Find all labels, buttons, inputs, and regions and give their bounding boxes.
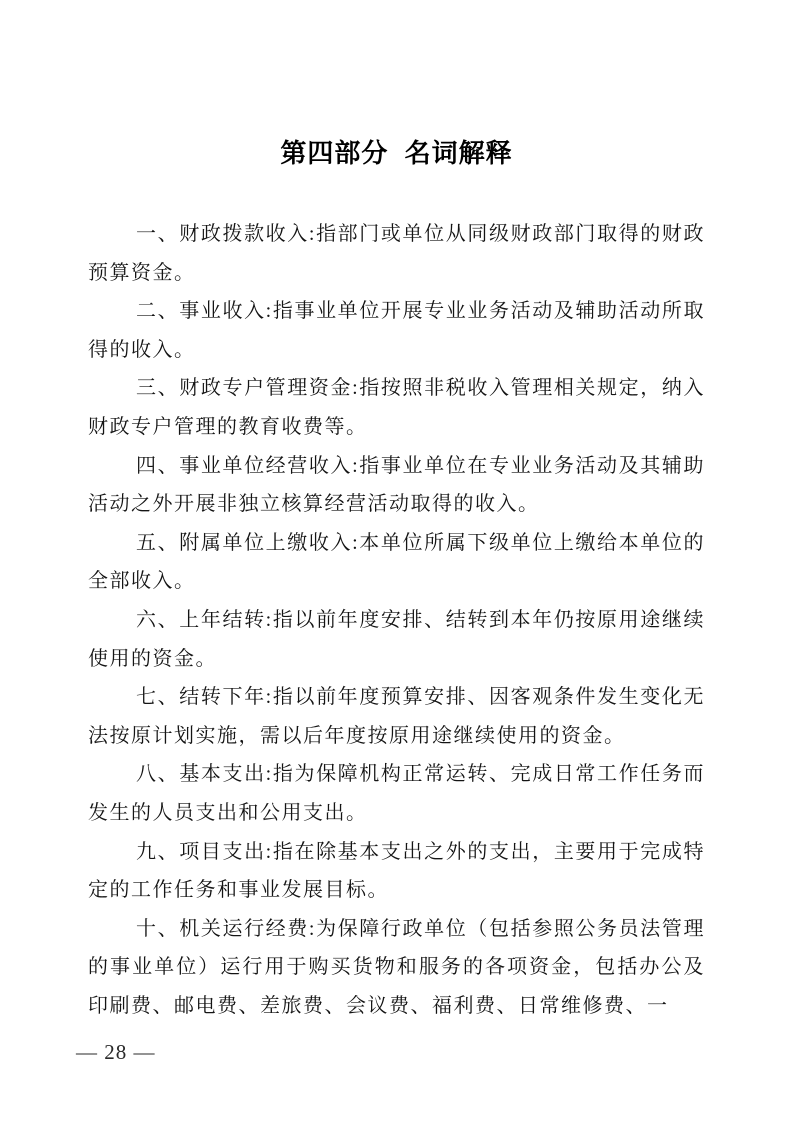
document-body: 一、财政拨款收入:指部门或单位从同级财政部门取得的财政预算资金。 二、事业收入:… <box>88 215 705 1025</box>
paragraph-4: 四、事业单位经营收入:指事业单位在专业业务活动及其辅助活动之外开展非独立核算经营… <box>88 447 705 524</box>
page-title: 第四部分 名词解释 <box>0 138 793 168</box>
document-page: 第四部分 名词解释 一、财政拨款收入:指部门或单位从同级财政部门取得的财政预算资… <box>0 0 793 1122</box>
paragraph-3: 三、财政专户管理资金:指按照非税收入管理相关规定，纳入财政专户管理的教育收费等。 <box>88 369 705 446</box>
paragraph-5: 五、附属单位上缴收入:本单位所属下级单位上缴给本单位的全部收入。 <box>88 524 705 601</box>
page-number: — 28 — <box>76 1040 156 1064</box>
paragraph-1: 一、财政拨款收入:指部门或单位从同级财政部门取得的财政预算资金。 <box>88 215 705 292</box>
paragraph-2: 二、事业收入:指事业单位开展专业业务活动及辅助活动所取得的收入。 <box>88 292 705 369</box>
page-footer: — 28 — <box>76 1040 156 1065</box>
paragraph-10: 十、机关运行经费:为保障行政单位（包括参照公务员法管理的事业单位）运行用于购买货… <box>88 910 705 1026</box>
paragraph-6: 六、上年结转:指以前年度安排、结转到本年仍按原用途继续使用的资金。 <box>88 601 705 678</box>
paragraph-9: 九、项目支出:指在除基本支出之外的支出，主要用于完成特定的工作任务和事业发展目标… <box>88 833 705 910</box>
paragraph-8: 八、基本支出:指为保障机构正常运转、完成日常工作任务而发生的人员支出和公用支出。 <box>88 755 705 832</box>
paragraph-7: 七、结转下年:指以前年度预算安排、因客观条件发生变化无法按原计划实施，需以后年度… <box>88 678 705 755</box>
